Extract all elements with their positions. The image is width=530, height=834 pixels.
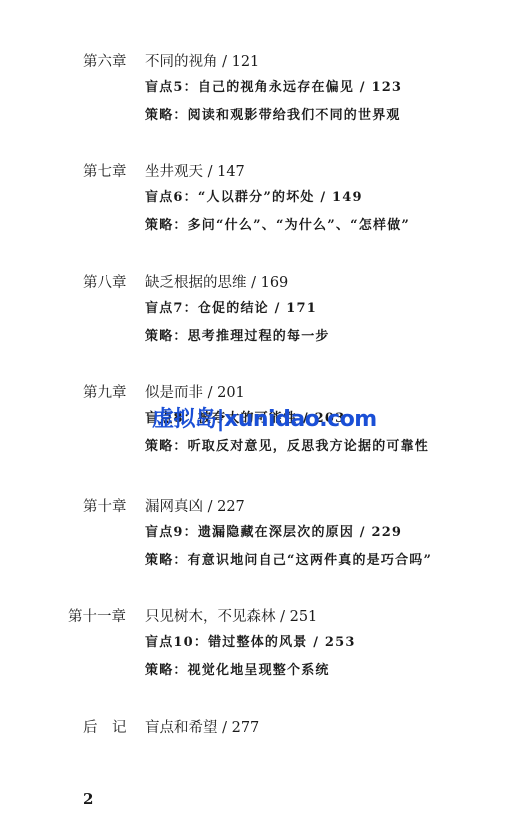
chapter-title[interactable]: 漏网真凶 / 227	[145, 497, 245, 517]
blindspot-entry[interactable]: 盲点7：仓促的结论 / 171	[145, 300, 317, 318]
chapter-label: 第十章	[83, 497, 127, 517]
strategy-entry: 策略：视觉化地呈现整个系统	[145, 662, 330, 680]
chapter-title[interactable]: 似是而非 / 201	[145, 383, 245, 403]
strategy-entry: 策略：多问“什么”、“为什么”、“怎样做”	[145, 217, 410, 235]
chapter-title[interactable]: 坐井观天 / 147	[145, 162, 245, 182]
chapter-title[interactable]: 盲点和希望 / 277	[145, 718, 259, 738]
strategy-entry: 策略：有意识地问自己“这两件真的是巧合吗”	[145, 552, 432, 570]
strategy-entry: 策略：听取反对意见，反思我方论据的可靠性	[145, 438, 429, 456]
blindspot-entry[interactable]: 盲点6：“人以群分”的坏处 / 149	[145, 189, 363, 207]
blindspot-entry[interactable]: 盲点5：自己的视角永远存在偏见 / 123	[145, 79, 402, 97]
watermark: 虚拟岛|xunidao.com	[152, 402, 377, 433]
chapter-title[interactable]: 缺乏根据的思维 / 169	[145, 273, 288, 293]
chapter-title[interactable]: 只见树木，不见森林 / 251	[145, 607, 317, 627]
toc-page: 第六章 不同的视角 / 121 盲点5：自己的视角永远存在偏见 / 123 策略…	[0, 0, 530, 834]
blindspot-entry[interactable]: 盲点10：错过整体的风景 / 253	[145, 634, 356, 652]
blindspot-entry[interactable]: 盲点9：遗漏隐藏在深层次的原因 / 229	[145, 524, 402, 542]
chapter-label: 第七章	[83, 162, 127, 182]
strategy-entry: 策略：思考推理过程的每一步	[145, 328, 330, 346]
chapter-label: 第九章	[83, 383, 127, 403]
chapter-title[interactable]: 不同的视角 / 121	[145, 52, 259, 72]
chapter-label: 后 记	[83, 718, 127, 738]
page-number: 2	[83, 790, 93, 808]
chapter-label: 第十一章	[68, 607, 126, 627]
strategy-entry: 策略：阅读和观影带给我们不同的世界观	[145, 107, 401, 125]
chapter-label: 第八章	[83, 273, 127, 293]
chapter-label: 第六章	[83, 52, 127, 72]
